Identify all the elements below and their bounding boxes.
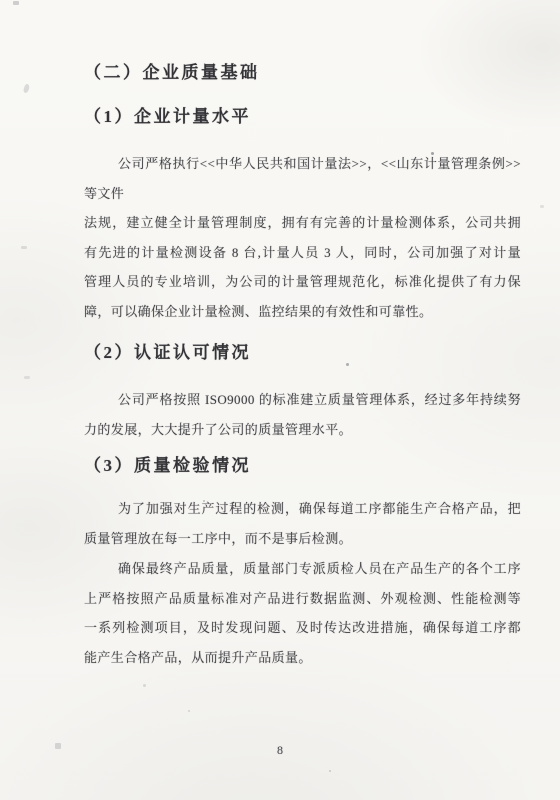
paragraph-line: 质量管理放在每一工序中，而不是事后检测。 [84, 524, 521, 554]
scan-speck [143, 684, 146, 687]
section-3-paragraph-2: 确保最终产品质量，质量部门专派质检人员在产品生产的各个工序 上严格按照产品质量标… [84, 554, 521, 672]
paragraph-line: 等文件 [84, 179, 521, 209]
main-heading: （二）企业质量基础 [84, 61, 260, 85]
scan-speck [55, 743, 61, 749]
scanned-document-page: （二）企业质量基础 （1）企业计量水平 公司严格执行<<中华人民共和国计量法>>… [0, 0, 560, 800]
scan-speck [23, 83, 31, 93]
paragraph-line: 为了加强对生产过程的检测，确保每道工序都能生产合格产品，把 [84, 494, 521, 524]
paragraph-line: 公司严格按照 ISO9000 的标准建立质量管理体系，经过多年持续努 [84, 385, 521, 415]
paragraph-line: 障，可以确保企业计量检测、监控结果的有效性和可靠性。 [84, 297, 521, 327]
scan-speck [203, 500, 205, 502]
scan-speck [431, 152, 434, 155]
paragraph-line: 一系列检测项目，及时发现问题、及时传达改进措施，确保每道工序都 [84, 613, 521, 643]
paragraph-line: 有先进的计量检测设备 8 台,计量人员 3 人，同时，公司加强了对计量 [84, 238, 521, 268]
paragraph-line: 确保最终产品质量，质量部门专派质检人员在产品生产的各个工序 [84, 554, 521, 584]
paragraph-line: 法规，建立健全计量管理制度，拥有有完善的计量检测体系，公司共拥 [84, 208, 521, 238]
scan-speck [188, 710, 190, 712]
paragraph-line: 管理人员的专业培训，为公司的计量管理规范化，标准化提供了有力保 [84, 267, 521, 297]
section-2-heading: （2）认证认可情况 [84, 341, 251, 365]
scan-speck [21, 246, 27, 249]
section-2-paragraph: 公司严格按照 ISO9000 的标准建立质量管理体系，经过多年持续努 力的发展，… [84, 385, 521, 444]
paragraph-line: 公司严格执行<<中华人民共和国计量法>>，<<山东计量管理条例>> [84, 149, 521, 179]
paragraph-line: 能产生合格产品，从而提升产品质量。 [84, 643, 521, 673]
scan-speck [24, 376, 30, 379]
section-3-heading: （3）质量检验情况 [84, 454, 251, 478]
page-number: 8 [0, 743, 560, 758]
paragraph-line: 上严格按照产品质量标准对产品进行数据监测、外观检测、性能检测等 [84, 584, 521, 614]
scan-speck [13, 1, 19, 5]
scan-speck [329, 770, 331, 772]
scan-speck [346, 363, 349, 366]
section-1-paragraph: 公司严格执行<<中华人民共和国计量法>>，<<山东计量管理条例>> 等文件 法规… [84, 149, 521, 326]
section-3-paragraph-1: 为了加强对生产过程的检测，确保每道工序都能生产合格产品，把 质量管理放在每一工序… [84, 494, 521, 553]
section-1-heading: （1）企业计量水平 [84, 105, 251, 129]
paragraph-line: 力的发展，大大提升了公司的质量管理水平。 [84, 415, 521, 445]
scan-speck [540, 205, 544, 208]
